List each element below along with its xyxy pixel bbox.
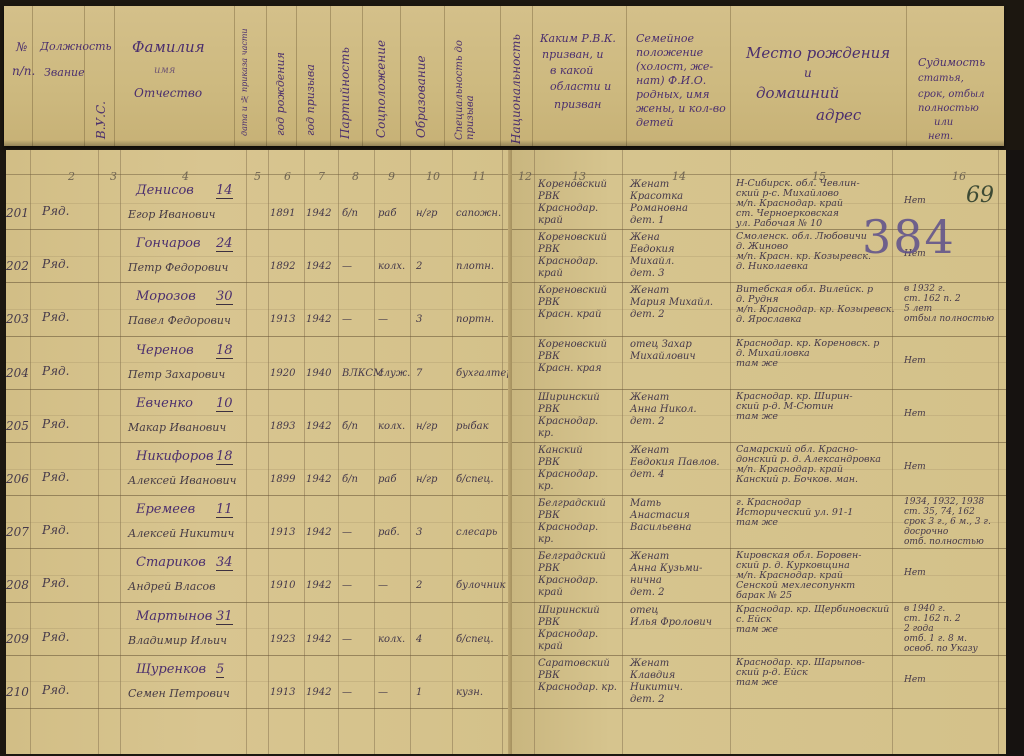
draft-office: Красн. край bbox=[538, 309, 601, 321]
given-name-patronymic: Петр Федорович bbox=[128, 261, 228, 275]
family-status: Женат bbox=[630, 179, 669, 191]
party-status: — bbox=[342, 261, 352, 273]
row-guide bbox=[6, 681, 512, 682]
header-rule bbox=[512, 174, 1008, 175]
party-status: — bbox=[342, 687, 352, 699]
header-education: Образование bbox=[414, 30, 428, 138]
family-status: Анна Никол. bbox=[630, 404, 697, 416]
row-rule bbox=[6, 282, 512, 283]
party-status: б/п bbox=[342, 474, 358, 486]
surname: Мартынов bbox=[136, 610, 212, 624]
row-guide bbox=[6, 203, 512, 204]
education: н/гр bbox=[416, 421, 437, 433]
draft-office: РВК bbox=[538, 617, 560, 629]
birthplace-address: там же bbox=[736, 412, 778, 422]
row-rule bbox=[512, 708, 1008, 709]
education: н/гр bbox=[416, 474, 437, 486]
row-rule bbox=[512, 336, 1008, 337]
draft-office: Краснодар. bbox=[538, 256, 598, 268]
list-mark: 18 bbox=[216, 344, 233, 359]
draft-office: кр. bbox=[538, 428, 554, 440]
row-guide bbox=[512, 203, 1008, 204]
row-guide bbox=[6, 575, 512, 576]
header-divider bbox=[444, 6, 445, 146]
draft-office: РВК bbox=[538, 244, 560, 256]
specialty: булочник bbox=[456, 580, 506, 592]
draft-year: 1942 bbox=[306, 261, 331, 273]
column-rule bbox=[304, 150, 305, 754]
header-and: и bbox=[804, 66, 812, 80]
family-status: нична bbox=[630, 575, 662, 587]
header-social-status: Соцположение bbox=[374, 30, 388, 138]
rank: Ряд. bbox=[42, 257, 69, 271]
row-number: 209 bbox=[6, 632, 29, 646]
header-home: домашний bbox=[756, 86, 839, 100]
birthplace-address: Канский р. Бочков. ман. bbox=[736, 475, 858, 485]
family-status: Васильевна bbox=[630, 522, 691, 534]
column-number: 12 bbox=[518, 170, 532, 183]
birth-year: 1913 bbox=[270, 314, 295, 326]
header-rvk-1: Каким Р.В.К. bbox=[540, 32, 616, 46]
header-conviction-6: нет. bbox=[928, 130, 953, 144]
column-rule bbox=[98, 150, 99, 754]
header-position: Должность bbox=[40, 40, 112, 54]
column-rule bbox=[452, 150, 453, 754]
header-number-sign: № bbox=[16, 40, 27, 54]
draft-office: РВК bbox=[538, 297, 560, 309]
row-guide bbox=[512, 681, 1008, 682]
draft-office: Краснодар. bbox=[538, 629, 598, 641]
draft-office: РВК bbox=[538, 670, 560, 682]
draft-office: РВК bbox=[538, 191, 560, 203]
row-guide bbox=[512, 362, 1008, 363]
conviction-record: отбыл полностью bbox=[904, 314, 994, 325]
row-guide bbox=[6, 256, 512, 257]
specialty: слесарь bbox=[456, 527, 497, 539]
social-status: колх. bbox=[378, 261, 405, 273]
column-number: 16 bbox=[952, 170, 966, 183]
draft-office: кр. bbox=[538, 534, 554, 546]
header-conviction-2: статья, bbox=[918, 72, 964, 86]
surname: Щуренков bbox=[136, 663, 206, 677]
row-rule bbox=[6, 602, 512, 603]
header-rvk-3: в какой bbox=[550, 64, 593, 78]
header-divider bbox=[626, 6, 627, 146]
draft-office: Краснодар. кр. bbox=[538, 682, 617, 694]
given-name-patronymic: Алексей Иванович bbox=[128, 474, 236, 488]
row-guide bbox=[512, 469, 1008, 470]
header-divider bbox=[234, 6, 235, 146]
column-rule bbox=[410, 150, 411, 754]
header-divider bbox=[500, 6, 501, 146]
given-name-patronymic: Семен Петрович bbox=[128, 687, 230, 701]
social-status: служ. bbox=[378, 368, 410, 380]
rank: Ряд. bbox=[42, 683, 69, 697]
family-status: Мать bbox=[630, 498, 661, 510]
birthplace-address: ул. Рабочая № 10 bbox=[736, 219, 822, 229]
conviction-record: Нет bbox=[904, 409, 926, 420]
draft-office: край bbox=[538, 587, 563, 599]
draft-office: Кореновский bbox=[538, 179, 607, 191]
list-mark: 5 bbox=[216, 663, 224, 678]
row-number: 203 bbox=[6, 312, 29, 326]
given-name-patronymic: Алексей Никитич bbox=[128, 527, 234, 541]
header-divider bbox=[400, 6, 401, 146]
column-number: 4 bbox=[182, 170, 189, 183]
birthplace-address: барак № 25 bbox=[736, 591, 792, 601]
row-rule bbox=[512, 655, 1008, 656]
row-guide bbox=[6, 469, 512, 470]
specialty: плотн. bbox=[456, 261, 494, 273]
family-status: Михайлович bbox=[630, 351, 696, 363]
conviction-record: отб. полностью bbox=[904, 537, 984, 548]
given-name-patronymic: Павел Федорович bbox=[128, 314, 231, 328]
row-number: 202 bbox=[6, 259, 29, 273]
column-rule bbox=[338, 150, 339, 754]
family-status: Женат bbox=[630, 445, 669, 457]
row-number: 205 bbox=[6, 419, 29, 433]
social-status: — bbox=[378, 687, 388, 699]
education: 3 bbox=[416, 314, 422, 326]
header-birthplace: Место рождения bbox=[746, 46, 890, 60]
header-nationality: Национальность bbox=[509, 26, 523, 144]
specialty: рыбак bbox=[456, 421, 489, 433]
draft-office: кр. bbox=[538, 481, 554, 493]
draft-office: Красн. края bbox=[538, 363, 602, 375]
row-rule bbox=[6, 708, 512, 709]
birth-year: 1913 bbox=[270, 527, 295, 539]
birth-year: 1891 bbox=[270, 208, 295, 220]
family-status: дет. 4 bbox=[630, 469, 664, 481]
surname: Морозов bbox=[136, 290, 196, 304]
header-family-4: нат) Ф.И.О. bbox=[636, 74, 706, 88]
rank: Ряд. bbox=[42, 204, 69, 218]
header-surname: Фамилия bbox=[132, 40, 205, 54]
birth-year: 1920 bbox=[270, 368, 295, 380]
specialty: кузн. bbox=[456, 687, 483, 699]
header-pp: п/п. bbox=[12, 64, 35, 78]
draft-year: 1942 bbox=[306, 527, 331, 539]
draft-office: край bbox=[538, 268, 563, 280]
family-status: Анастасия bbox=[630, 510, 690, 522]
draft-office: РВК bbox=[538, 404, 560, 416]
social-status: — bbox=[378, 580, 388, 592]
draft-office: Ширинский bbox=[538, 392, 600, 404]
row-rule bbox=[512, 602, 1008, 603]
family-status: Красотка bbox=[630, 191, 683, 203]
column-number: 2 bbox=[68, 170, 75, 183]
header-divider bbox=[266, 6, 267, 146]
header-divider bbox=[296, 6, 297, 146]
draft-office: РВК bbox=[538, 510, 560, 522]
birthplace-address: там же bbox=[736, 625, 778, 635]
birthplace-address: д. Николаевка bbox=[736, 262, 808, 272]
surname: Никифоров bbox=[136, 450, 214, 464]
draft-office: Белградский bbox=[538, 551, 606, 563]
rank: Ряд. bbox=[42, 364, 69, 378]
family-status: Женат bbox=[630, 658, 669, 670]
family-status: отец bbox=[630, 605, 658, 617]
list-mark: 30 bbox=[216, 290, 233, 305]
column-rule bbox=[120, 150, 121, 754]
draft-year: 1942 bbox=[306, 580, 331, 592]
rank: Ряд. bbox=[42, 576, 69, 590]
family-status: Илья Фролович bbox=[630, 617, 712, 629]
row-number: 208 bbox=[6, 578, 29, 592]
conviction-record: Нет bbox=[904, 462, 926, 473]
draft-year: 1942 bbox=[306, 314, 331, 326]
row-rule bbox=[512, 282, 1008, 283]
header-divider bbox=[730, 6, 731, 146]
draft-office: Канский bbox=[538, 445, 583, 457]
list-mark: 18 bbox=[216, 450, 233, 465]
party-status: — bbox=[342, 314, 352, 326]
draft-office: край bbox=[538, 641, 563, 653]
education: 2 bbox=[416, 580, 422, 592]
header-divider bbox=[362, 6, 363, 146]
party-status: б/п bbox=[342, 421, 358, 433]
given-name-patronymic: Егор Иванович bbox=[128, 208, 216, 222]
family-status: Анна Кузьми- bbox=[630, 563, 702, 575]
draft-office: Краснодар. bbox=[538, 416, 598, 428]
draft-year: 1940 bbox=[306, 368, 331, 380]
specialty: портн. bbox=[456, 314, 494, 326]
specialty: б/спец. bbox=[456, 474, 494, 486]
column-rule bbox=[374, 150, 375, 754]
social-status: колх. bbox=[378, 634, 405, 646]
draft-year: 1942 bbox=[306, 421, 331, 433]
column-number: 14 bbox=[672, 170, 686, 183]
family-status: Женат bbox=[630, 551, 669, 563]
header-rvk-2: призван, и bbox=[542, 48, 604, 62]
header-conviction-4: полностью bbox=[918, 102, 979, 116]
column-rule bbox=[622, 150, 623, 754]
header-birth-year: год рождения bbox=[274, 46, 287, 136]
education: 4 bbox=[416, 634, 422, 646]
row-guide bbox=[512, 522, 1008, 523]
social-status: раб bbox=[378, 474, 396, 486]
row-number: 210 bbox=[6, 685, 29, 699]
row-rule bbox=[6, 548, 512, 549]
header-family-5: родных, имя bbox=[636, 88, 710, 102]
social-status: колх. bbox=[378, 421, 405, 433]
column-rule bbox=[30, 150, 31, 754]
column-number: 5 bbox=[254, 170, 261, 183]
birthplace-address: там же bbox=[736, 518, 778, 528]
birth-year: 1892 bbox=[270, 261, 295, 273]
family-status: Михайл. bbox=[630, 256, 674, 268]
rank: Ряд. bbox=[42, 523, 69, 537]
header-conviction-5: или bbox=[934, 116, 953, 130]
draft-year: 1942 bbox=[306, 687, 331, 699]
specialty: бухгалтер bbox=[456, 368, 513, 380]
header-divider bbox=[330, 6, 331, 146]
header-divider bbox=[114, 6, 115, 146]
education: 3 bbox=[416, 527, 422, 539]
list-mark: 10 bbox=[216, 397, 233, 412]
header-party: Партийность bbox=[338, 34, 352, 139]
draft-office: РВК bbox=[538, 351, 560, 363]
birth-year: 1899 bbox=[270, 474, 295, 486]
row-rule bbox=[6, 389, 512, 390]
header-specialty: Специальность до призыва bbox=[454, 30, 490, 140]
family-status: Евдокия bbox=[630, 244, 675, 256]
draft-office: Кореновский bbox=[538, 232, 607, 244]
family-status: дет. 1 bbox=[630, 215, 664, 227]
column-rule bbox=[998, 150, 999, 754]
header-given-name: имя bbox=[154, 64, 175, 78]
header-family-6: жены, и кол-во bbox=[636, 102, 726, 116]
family-status: дет. 2 bbox=[630, 309, 664, 321]
header-conviction-1: Судимость bbox=[918, 56, 985, 70]
draft-year: 1942 bbox=[306, 634, 331, 646]
list-mark: 24 bbox=[216, 237, 233, 252]
social-status: раб. bbox=[378, 527, 400, 539]
draft-office: Краснодар. bbox=[538, 203, 598, 215]
column-rule bbox=[730, 150, 731, 754]
family-status: Женат bbox=[630, 285, 669, 297]
family-status: Мария Михайл. bbox=[630, 297, 713, 309]
header-rvk-4: области и bbox=[550, 80, 611, 94]
page-number: 69 bbox=[966, 183, 994, 208]
row-rule bbox=[6, 655, 512, 656]
draft-office: РВК bbox=[538, 563, 560, 575]
column-number: 3 bbox=[110, 170, 117, 183]
draft-office: Ширинский bbox=[538, 605, 600, 617]
surname: Евченко bbox=[136, 397, 193, 411]
conviction-record: Нет bbox=[904, 568, 926, 579]
column-header-strip: № п/п. Должность Звание В.У.С. Фамилия и… bbox=[4, 6, 1004, 146]
list-mark: 34 bbox=[216, 556, 233, 571]
column-number: 10 bbox=[426, 170, 440, 183]
header-rank: Звание bbox=[44, 66, 85, 80]
header-divider bbox=[906, 6, 907, 146]
surname: Черенов bbox=[136, 344, 194, 358]
birthplace-address: там же bbox=[736, 678, 778, 688]
draft-year: 1942 bbox=[306, 474, 331, 486]
family-status: Никитич. bbox=[630, 682, 683, 694]
party-status: — bbox=[342, 634, 352, 646]
draft-office: Кореновский bbox=[538, 339, 607, 351]
conviction-record: освоб. по Указу bbox=[904, 644, 978, 655]
header-draft-year: год призыва bbox=[304, 54, 317, 136]
rank: Ряд. bbox=[42, 470, 69, 484]
row-rule bbox=[512, 389, 1008, 390]
row-rule bbox=[512, 442, 1008, 443]
conviction-record: Нет bbox=[904, 356, 926, 367]
party-status: — bbox=[342, 527, 352, 539]
row-guide bbox=[6, 362, 512, 363]
header-address: адрес bbox=[816, 108, 861, 122]
row-rule bbox=[6, 495, 512, 496]
draft-office: Кореновский bbox=[538, 285, 607, 297]
row-guide bbox=[512, 309, 1008, 310]
column-number: 8 bbox=[352, 170, 359, 183]
row-rule bbox=[512, 495, 1008, 496]
draft-office: РВК bbox=[538, 457, 560, 469]
row-guide bbox=[512, 575, 1008, 576]
family-status: дет. 2 bbox=[630, 587, 664, 599]
birthplace-address: д. Ярославка bbox=[736, 315, 801, 325]
education: н/гр bbox=[416, 208, 437, 220]
column-rule bbox=[502, 150, 503, 754]
header-family-3: (холост, же- bbox=[636, 60, 713, 74]
column-number: 11 bbox=[472, 170, 486, 183]
row-number: 206 bbox=[6, 472, 29, 486]
birth-year: 1923 bbox=[270, 634, 295, 646]
draft-office: Краснодар. bbox=[538, 522, 598, 534]
header-rvk-5: призван bbox=[554, 98, 601, 112]
family-status: Романовна bbox=[630, 203, 688, 215]
draft-office: Саратовский bbox=[538, 658, 610, 670]
row-rule bbox=[6, 336, 512, 337]
family-status: Жена bbox=[630, 232, 660, 244]
header-family-2: положение bbox=[636, 46, 703, 60]
column-number: 7 bbox=[318, 170, 325, 183]
column-number: 9 bbox=[388, 170, 395, 183]
row-guide bbox=[6, 309, 512, 310]
family-status: дет. 2 bbox=[630, 416, 664, 428]
list-mark: 31 bbox=[216, 610, 233, 625]
birth-year: 1913 bbox=[270, 687, 295, 699]
row-guide bbox=[6, 628, 512, 629]
family-status: Женат bbox=[630, 392, 669, 404]
row-guide bbox=[6, 415, 512, 416]
surname: Денисов bbox=[136, 184, 194, 198]
birthplace-address: там же bbox=[736, 359, 778, 369]
page-edge bbox=[1006, 150, 1024, 756]
draft-office: Белградский bbox=[538, 498, 606, 510]
ledger-left-page: 2 3 4 5 6 7 8 9 10 11 201Ряд.Денисов14Ег… bbox=[6, 150, 512, 754]
social-status: раб bbox=[378, 208, 396, 220]
header-divider bbox=[532, 6, 533, 146]
party-status: — bbox=[342, 580, 352, 592]
row-number: 201 bbox=[6, 206, 29, 220]
column-rule bbox=[246, 150, 247, 754]
row-rule bbox=[6, 442, 512, 443]
header-family-7: детей bbox=[636, 116, 674, 130]
row-guide bbox=[512, 628, 1008, 629]
birth-year: 1893 bbox=[270, 421, 295, 433]
header-conviction-3: срок, отбыл bbox=[918, 88, 984, 102]
header-vus: В.У.С. bbox=[94, 101, 108, 139]
row-rule bbox=[6, 229, 512, 230]
conviction-record: Нет bbox=[904, 196, 926, 207]
given-name-patronymic: Андрей Власов bbox=[128, 580, 216, 594]
header-order-date: дата и № приказа части bbox=[240, 36, 249, 136]
education: 2 bbox=[416, 261, 422, 273]
given-name-patronymic: Владимир Ильич bbox=[128, 634, 227, 648]
surname: Гончаров bbox=[136, 237, 201, 251]
header-patronymic: Отчество bbox=[134, 86, 202, 100]
row-rule bbox=[512, 548, 1008, 549]
draft-office: Краснодар. bbox=[538, 469, 598, 481]
family-status: отец Захар bbox=[630, 339, 692, 351]
birth-year: 1910 bbox=[270, 580, 295, 592]
family-status: Клавдия bbox=[630, 670, 675, 682]
family-status: дет. 2 bbox=[630, 694, 664, 706]
draft-year: 1942 bbox=[306, 208, 331, 220]
row-guide bbox=[512, 415, 1008, 416]
column-rule bbox=[268, 150, 269, 754]
rank: Ряд. bbox=[42, 310, 69, 324]
education: 7 bbox=[416, 368, 422, 380]
column-number: 6 bbox=[284, 170, 291, 183]
list-mark: 11 bbox=[216, 503, 233, 518]
rank: Ряд. bbox=[42, 417, 69, 431]
surname: Еремеев bbox=[136, 503, 195, 517]
family-status: Евдокия Павлов. bbox=[630, 457, 720, 469]
